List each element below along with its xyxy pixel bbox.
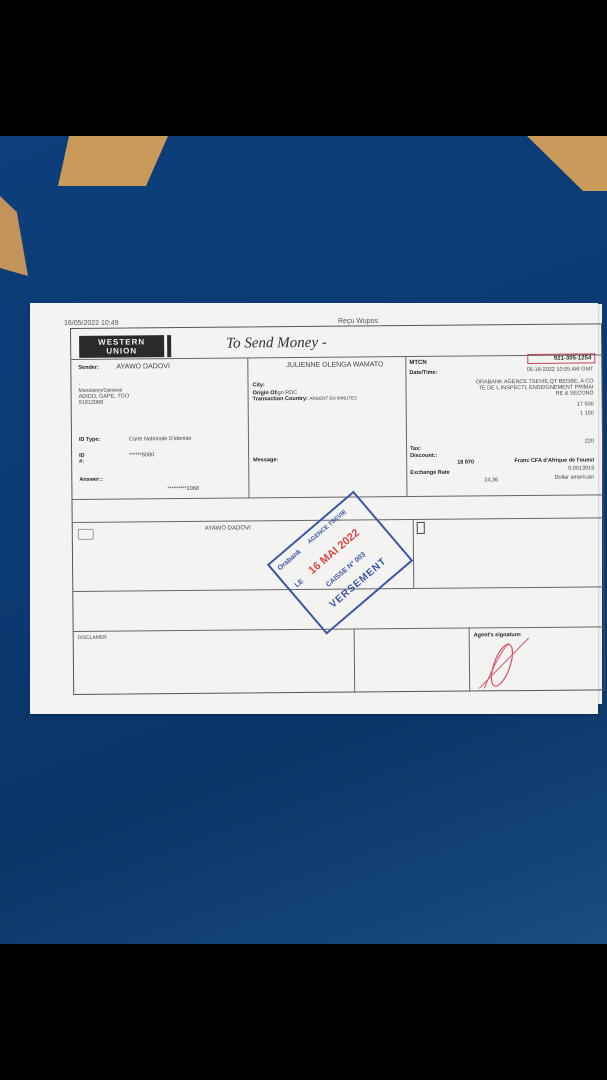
message-label: Message: <box>253 457 278 463</box>
receipt-title: To Send Money - <box>226 335 327 353</box>
envelope-icon <box>78 529 94 540</box>
currency-to: Dollar americain <box>555 474 595 480</box>
stamp-bank: Orabank <box>277 548 303 572</box>
middle-sender-name: AYAWO DADOVI <box>205 525 251 531</box>
stamp-date-prefix: LE <box>294 578 305 589</box>
tax-label: Tax: <box>410 446 421 452</box>
divider <box>354 629 356 692</box>
table-surface <box>58 136 168 186</box>
total-amount: 18 870 <box>457 459 474 465</box>
divider <box>72 494 602 500</box>
converted-amount: 24,36 <box>484 477 498 483</box>
sender-phone: 91912068 <box>79 400 104 406</box>
sender-name: AYAWO DADOVI <box>116 363 170 370</box>
id-number-label: ID #: <box>79 453 85 465</box>
id-number-value: ******6080 <box>129 452 154 458</box>
colon: : <box>78 381 80 387</box>
agent-signature <box>474 633 535 694</box>
answer-label: Answer:: <box>79 477 103 483</box>
exchange-rate-label: Exchange Rate <box>410 470 449 476</box>
receipt-type: Reçu Wupos <box>338 318 378 325</box>
discount-label: Discount:: <box>410 453 437 459</box>
agent-line3: RE & SECOND <box>556 390 594 396</box>
transaction-country-value: ARGENT EN MINUTES <box>309 395 357 400</box>
city-label: City: <box>252 382 264 388</box>
western-union-logo: WESTERN UNION <box>79 335 164 358</box>
divider <box>247 357 249 497</box>
answer-value: *********2068 <box>167 486 199 492</box>
orabank-stamp: Orabank AGENCE TSEVIE LE 16 MAI 2022 CAI… <box>267 491 413 635</box>
currency-from: Franc CFA d'Afrique de l'ouest <box>514 457 594 464</box>
divider <box>405 356 407 496</box>
mtcn-label: MTCN <box>409 360 426 366</box>
divider <box>413 519 415 588</box>
datetime-label: Date/Time: <box>409 370 437 376</box>
divider <box>469 628 471 691</box>
id-type-value: Carte Nationale D'identite <box>129 436 192 443</box>
mtcn-value: 921-305-1254 <box>527 353 595 364</box>
receipt-form: WESTERN UNION To Send Money - Sender: AY… <box>70 323 605 695</box>
id-type-label: ID Type: <box>79 437 100 443</box>
divider <box>74 626 604 632</box>
disclaimer-label: DISCLAMER <box>78 635 107 641</box>
transaction-country-label: Transaction Country: <box>253 396 308 402</box>
checkbox[interactable] <box>417 522 425 534</box>
fee: 1 150 <box>580 410 594 416</box>
logo-bar <box>167 335 171 357</box>
table-surface <box>0 196 28 276</box>
receiver-name: JULIENNE OLENGA WAMATO <box>286 361 383 369</box>
table-surface <box>527 136 607 191</box>
logo-line2: UNION <box>79 346 164 356</box>
exchange-rate-value: 0,0013919 <box>568 465 594 471</box>
sender-label: Sender: <box>78 365 99 371</box>
tax-amount: 220 <box>585 438 594 444</box>
amount-sent: 17 500 <box>577 401 594 407</box>
print-datetime: 16/05/2022 10:49 <box>64 320 119 327</box>
western-union-receipt: 16/05/2022 10:49 Reçu Wupos WESTERN UNIO… <box>30 303 598 714</box>
datetime-value: 05-16-2022 10:55 AM GMT <box>527 366 594 373</box>
